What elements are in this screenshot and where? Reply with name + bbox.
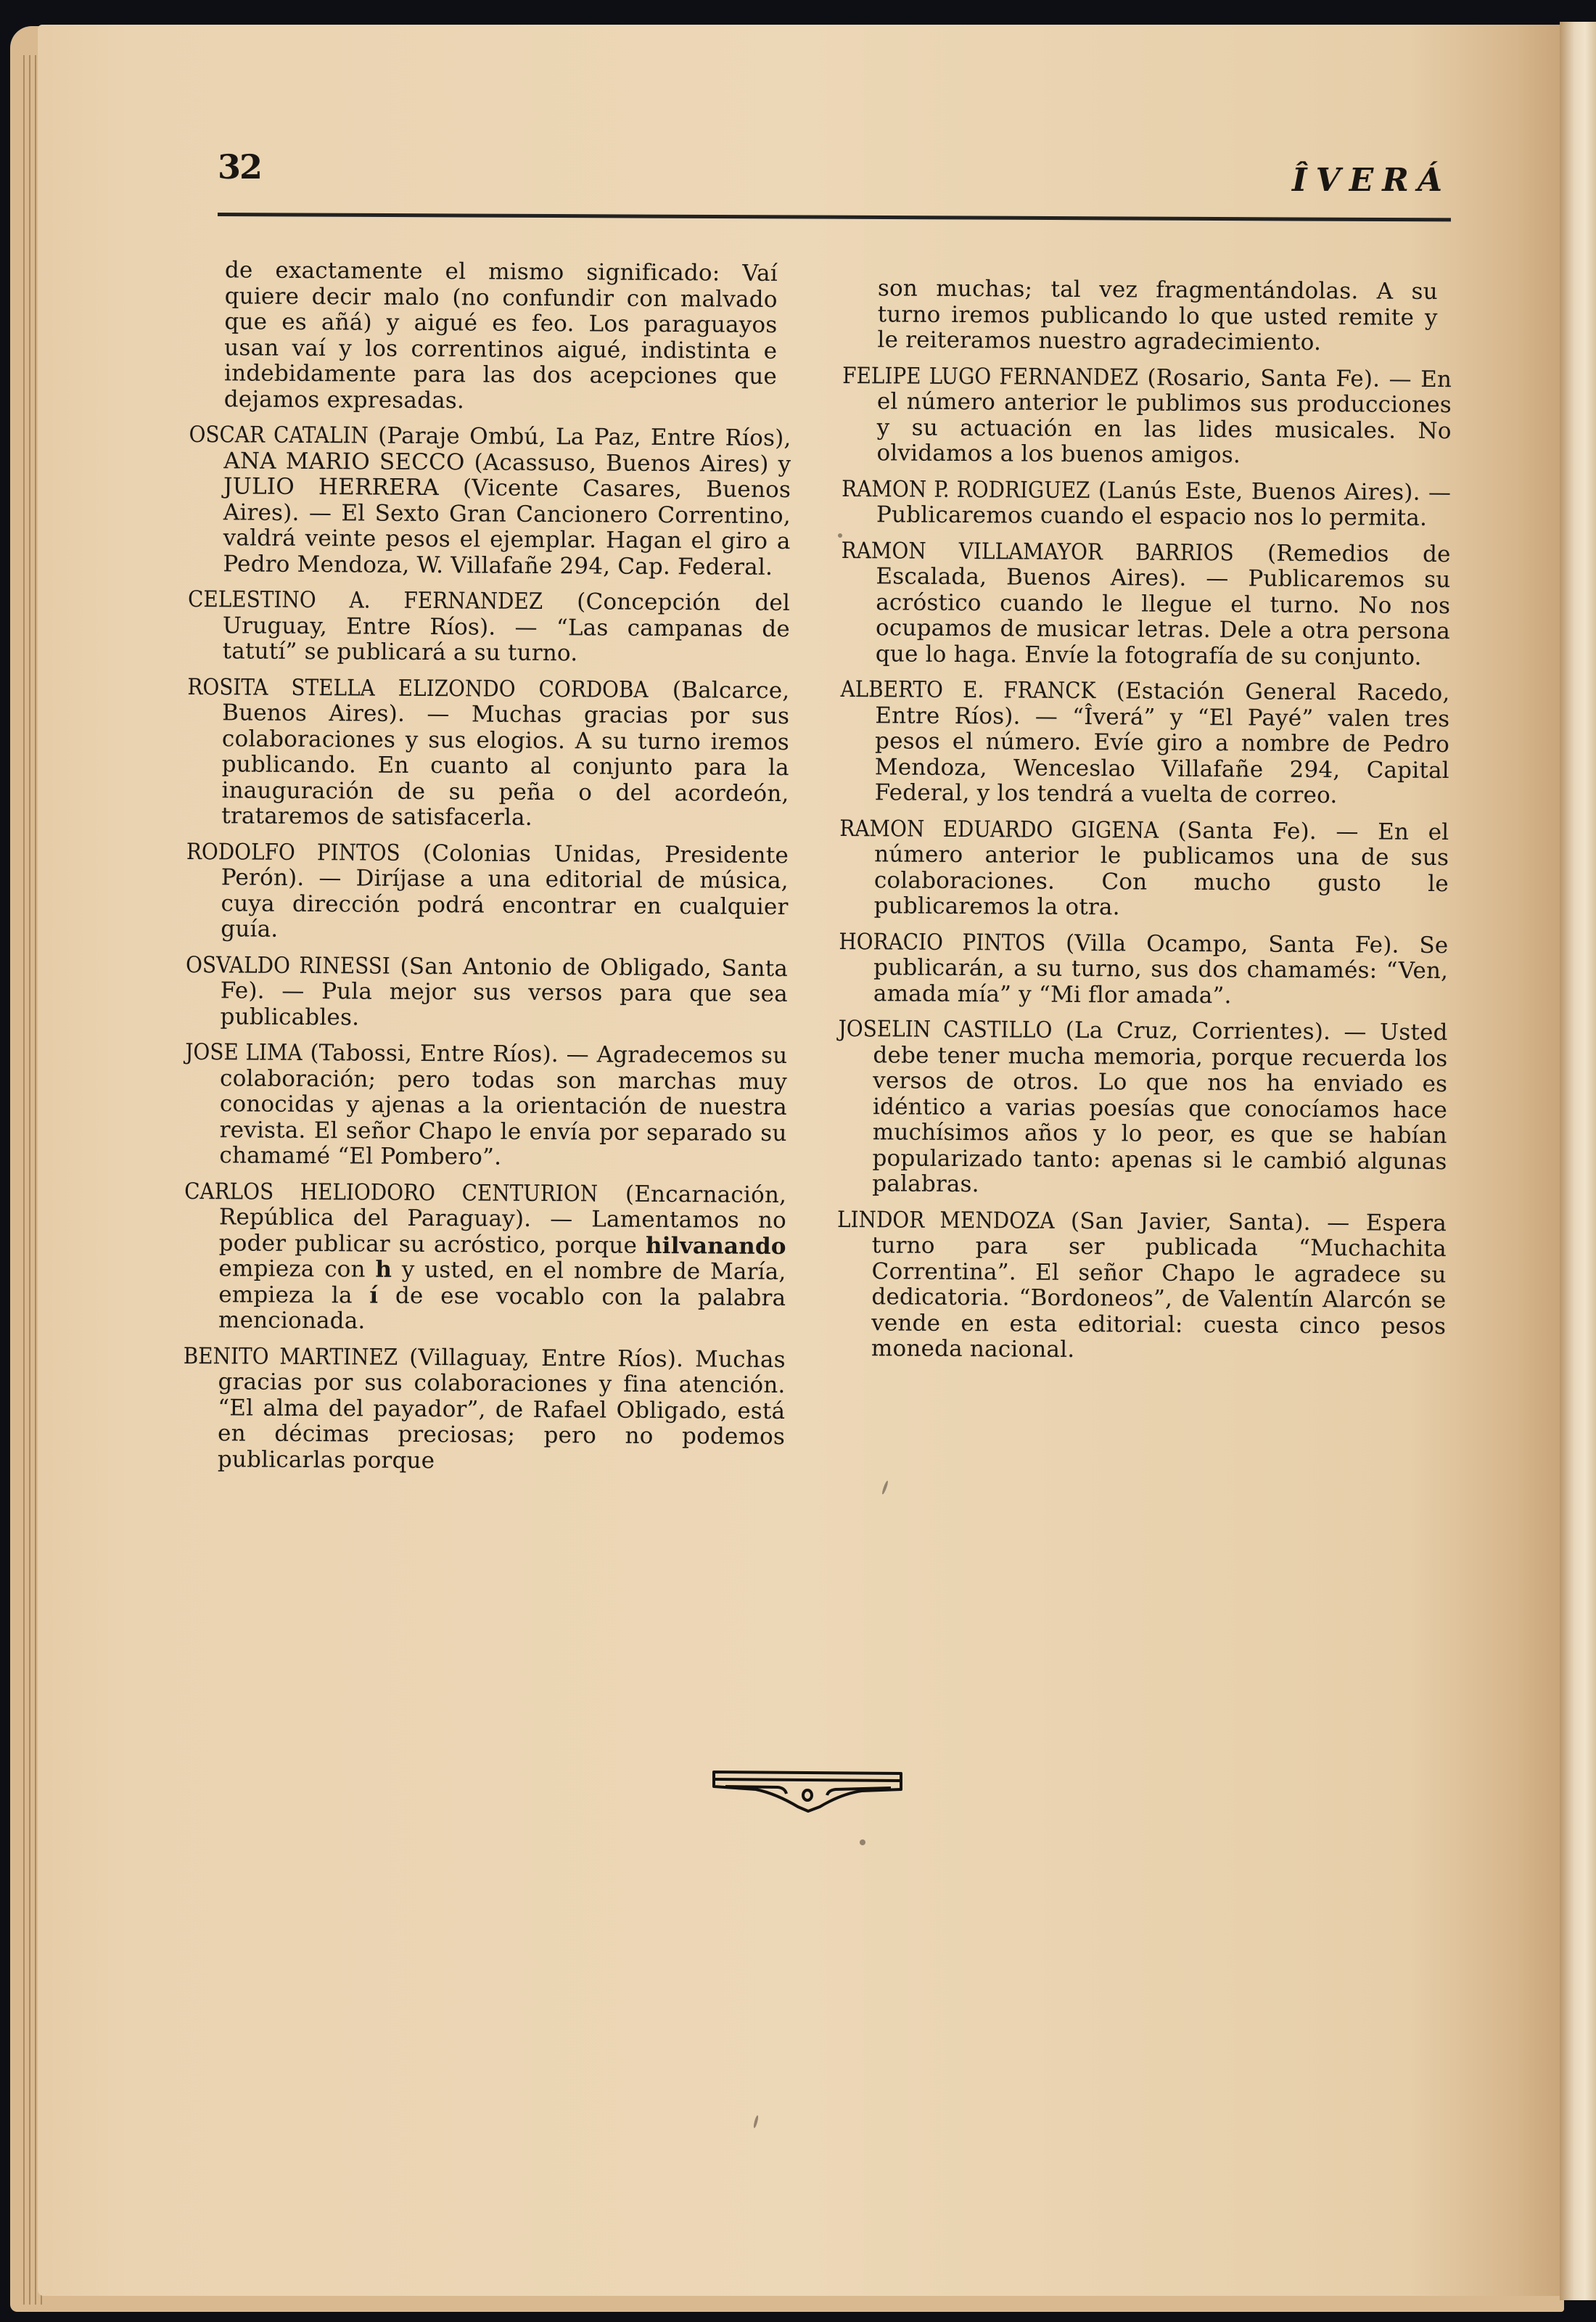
letter-entry: JOSE LIMA (Tabossi, Entre Ríos). — Agrad… [184,1040,787,1173]
letter-entry: OSCAR CATALIN (Paraje Ombú, La Paz, Entr… [188,422,791,580]
correspondent-name: CARLOS HELIODORO CENTURION [184,1178,598,1206]
correspondent-name: OSCAR CATALIN [189,422,369,449]
bold-letter: í [369,1282,378,1308]
letter-entry: ROSITA STELLA ELIZONDO CORDOBA (Balcarce… [186,674,789,832]
correspondent-name: FELIPE LUGO FERNANDEZ [842,362,1138,390]
correspondent-name: RAMON P. RODRIGUEZ [842,475,1090,503]
correspondent-name: ALBERTO E. FRANCK [840,676,1095,704]
page-number: 32 [218,147,261,186]
letter-entry: JOSELIN CASTILLO (La Cruz, Corrientes). … [837,1017,1448,1201]
correspondent-name: RAMON EDUARDO GIGENA [839,815,1159,843]
paper-speck [838,533,842,538]
header-rule [218,213,1451,221]
correspondent-name: CELESTINO A. FERNANDEZ [188,586,543,615]
tailpiece-ornament-icon [711,1765,907,1816]
running-title: ÎVERÁ [1292,162,1451,199]
correspondent-name: ROSITA STELLA ELIZONDO CORDOBA [187,673,648,702]
entry-text: empieza con [218,1255,375,1282]
letter-entry: RODOLFO PINTOS (Colonias Unidas, Preside… [186,839,789,945]
letter-entry: RAMON P. RODRIGUEZ (Lanús Este, Buenos A… [842,476,1451,531]
correspondent-name: OSVALDO RINESSI [186,951,390,979]
letter-entry: RAMON VILLAMAYOR BARRIOS (Remedios de Es… [841,538,1451,670]
correspondent-name: BENITO MARTINEZ [184,1342,398,1370]
paper-speck [860,1839,865,1845]
page-edge [35,55,36,2305]
correspondent-name: LINDOR MENDOZA [837,1206,1055,1234]
correspondent-name: RODOLFO PINTOS [186,838,400,866]
letter-entry: ALBERTO E. FRANCK (Estación General Race… [840,677,1450,810]
letter-entry: CELESTINO A. FERNANDEZ (Concepción del U… [188,587,791,668]
entry-text: (Tabossi, Entre Ríos). — Agradecemos su … [219,1040,787,1170]
letter-entry: LINDOR MENDOZA (San Javier, Santa). — Es… [836,1207,1447,1365]
correspondent-name: RAMON VILLAMAYOR BARRIOS [842,537,1234,565]
book-spine [1560,22,1596,2300]
right-column: son muchas; tal vez fragmentándolas. A s… [836,276,1452,1376]
letter-entry: BENITO MARTINEZ (Villaguay, Entre Ríos).… [183,1343,786,1476]
left-column: de exactamente el mismo significado: Vaí… [183,258,792,1486]
continuation-paragraph: de exactamente el mismo significado: Vaí… [189,258,792,416]
continuation-paragraph: son muchas; tal vez fragmentándolas. A s… [842,276,1452,357]
letter-entry: OSVALDO RINESSI (San Antonio de Obligado… [186,952,789,1033]
correspondent-name: JOSE LIMA [185,1039,303,1066]
correspondent-name: JOSELIN CASTILLO [839,1016,1053,1043]
letter-entry: FELIPE LUGO FERNANDEZ (Rosario, Santa Fe… [842,363,1452,469]
page-header: 32 ÎVERÁ [218,141,1451,221]
letter-entry: RAMON EDUARDO GIGENA (Santa Fe). — En el… [839,816,1449,922]
correspondent-name: HORACIO PINTOS [839,928,1045,956]
letter-entry: HORACIO PINTOS (Villa Ocampo, Santa Fe).… [839,929,1449,1010]
page-edge [23,55,25,2305]
page-edge [29,55,30,2305]
bold-letter: h [375,1257,392,1283]
letter-entry: CARLOS HELIODORO CENTURION (Encarnación,… [184,1178,786,1337]
bold-word: hilvanando [646,1232,786,1259]
entry-text: (La Cruz, Corrientes). — Usted debe tene… [872,1017,1447,1197]
